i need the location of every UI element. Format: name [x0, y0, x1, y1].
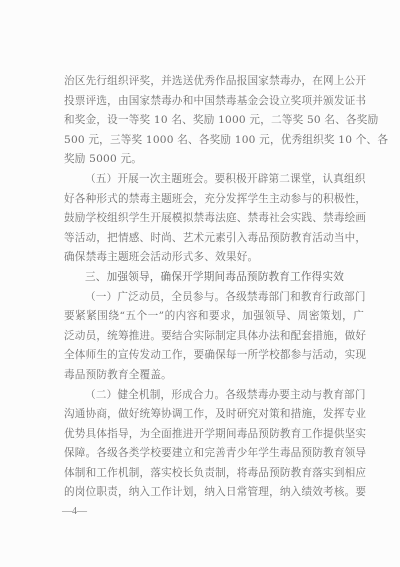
- paragraph-first-line: （一）广泛动员，全员参与。各级禁毒部门和教育行政部门: [64, 288, 364, 308]
- text-line: 优势具体指导，为全面推进开学期间毒品预防教育工作提供坚实: [64, 425, 364, 445]
- text-line: 全体师生的宣传发动工作，要确保每一所学校都参与活动，实现: [64, 346, 364, 366]
- text-line: 泛动员，统筹推进。要结合实际制定具体办法和配套措施，做好: [64, 327, 364, 347]
- page-number: —4—: [62, 506, 87, 517]
- text-line: 要紧紧围绕“五个一”的内容和要求，加强领导、周密策划，广: [64, 307, 364, 327]
- text-line: 鼓励学校组织学生开展模拟禁毒法庭、禁毒社会实践、禁毒绘画: [64, 209, 364, 229]
- text-line: 的岗位职责，纳入工作计划，纳入日常管理，纳入绩效考核。要: [64, 483, 364, 503]
- text-line: 治区先行组织评奖，并选送优秀作品报国家禁毒办，在网上公开: [64, 72, 364, 92]
- paragraph-first-line: （五）开展一次主题班会。要积极开辟第二课堂，认真组织: [64, 170, 364, 190]
- section-heading: 三、加强领导，确保开学期间毒品预防教育工作得实效: [64, 268, 364, 288]
- text-line: 等活动，把情感、时尚、艺术元素引入毒品预防教育活动当中，: [64, 229, 364, 249]
- text-line: 保障。各级各类学校要建立和完善青少年学生毒品预防教育领导: [64, 444, 364, 464]
- text-line: 奖励 5000 元。: [64, 150, 364, 170]
- text-line: 毒品预防教育全覆盖。: [64, 366, 364, 386]
- text-line: 和奖金，设一等奖 10 名、奖励 1000 元，二等奖 50 名、各奖励: [64, 111, 364, 131]
- text-line: 投票评选，由国家禁毒办和中国禁毒基金会设立奖项并颁发证书: [64, 92, 364, 112]
- paragraph-first-line: （二）健全机制，形成合力。各级禁毒办要主动与教育部门: [64, 386, 364, 406]
- document-page: 治区先行组织评奖，并选送优秀作品报国家禁毒办，在网上公开 投票评选，由国家禁毒办…: [0, 0, 400, 567]
- text-line: 500 元，三等奖 1000 名、各奖励 100 元，优秀组织奖 10 个、各: [64, 131, 364, 151]
- text-line: 确保禁毒主题班会活动形式多、效果好。: [64, 248, 364, 268]
- text-line: 沟通协商，做好统筹协调工作，及时研究对策和措施，发挥专业: [64, 405, 364, 425]
- text-line: 体制和工作机制，落实校长负责制，将毒品预防教育落实到相应: [64, 464, 364, 484]
- text-line: 好各种形式的禁毒主题班会，充分发挥学生主动参与的积极性，: [64, 190, 364, 210]
- page-body: 治区先行组织评奖，并选送优秀作品报国家禁毒办，在网上公开 投票评选，由国家禁毒办…: [64, 72, 364, 503]
